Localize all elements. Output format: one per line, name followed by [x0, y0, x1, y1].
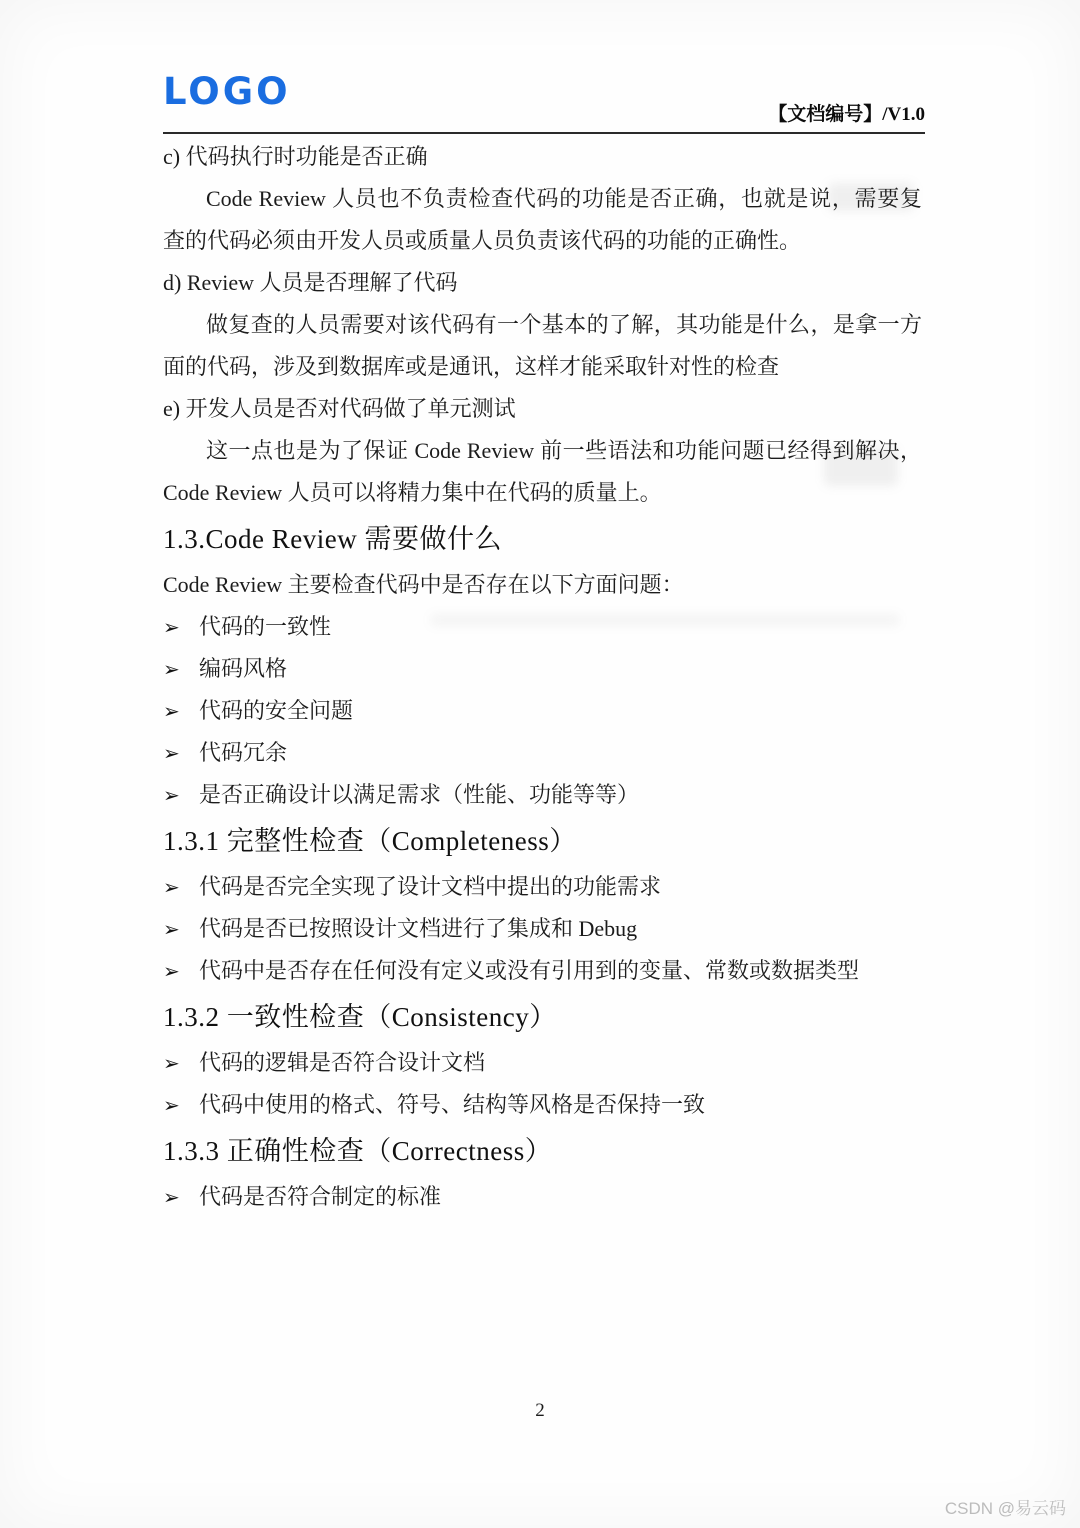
list-item: ➢ 代码中是否存在任何没有定义或没有引用到的变量、常数或数据类型: [163, 950, 922, 992]
list-item-text: 代码是否已按照设计文档进行了集成和 Debug: [199, 908, 922, 950]
list-item-text: 代码的安全问题: [199, 690, 922, 732]
paragraph: 这一点也是为了保证 Code Review 前一些语法和功能问题已经得到解决，C…: [163, 430, 922, 514]
csdn-watermark: CSDN @易云码: [945, 1494, 1066, 1519]
lettered-item-c: c) 代码执行时功能是否正确: [163, 136, 922, 178]
list-item-text: 代码的逻辑是否符合设计文档: [199, 1042, 922, 1084]
lettered-item-d: d) Review 人员是否理解了代码: [163, 262, 922, 304]
arrow-bullet-icon: ➢: [163, 648, 199, 690]
list-item-text: 代码中使用的格式、符号、结构等风格是否保持一致: [199, 1084, 922, 1126]
list-item: ➢ 代码是否已按照设计文档进行了集成和 Debug: [163, 908, 922, 950]
page-header: LOGO 【文档编号】/V1.0: [163, 70, 925, 132]
list-item-text: 代码的一致性: [199, 606, 922, 648]
paragraph: Code Review 主要检查代码中是否存在以下方面问题：: [163, 564, 922, 606]
section-heading-1-3-2: 1.3.2 一致性检查（Consistency）: [163, 992, 922, 1042]
list-item: ➢ 编码风格: [163, 648, 922, 690]
company-logo: LOGO: [163, 72, 291, 113]
header-divider: [163, 132, 925, 134]
list-item: ➢ 代码的逻辑是否符合设计文档: [163, 1042, 922, 1084]
lettered-item-e: e) 开发人员是否对代码做了单元测试: [163, 388, 922, 430]
arrow-bullet-icon: ➢: [163, 1084, 199, 1126]
arrow-bullet-icon: ➢: [163, 866, 199, 908]
arrow-bullet-icon: ➢: [163, 1176, 199, 1218]
section-heading-1-3-3: 1.3.3 正确性检查（Correctness）: [163, 1126, 922, 1176]
arrow-bullet-icon: ➢: [163, 690, 199, 732]
document-page: LOGO 【文档编号】/V1.0 c) 代码执行时功能是否正确 Code Rev…: [0, 0, 1080, 1528]
list-item-text: 代码是否完全实现了设计文档中提出的功能需求: [199, 866, 922, 908]
arrow-bullet-icon: ➢: [163, 732, 199, 774]
arrow-bullet-icon: ➢: [163, 774, 199, 816]
page-number: 2: [0, 1400, 1080, 1422]
list-item: ➢ 是否正确设计以满足需求（性能、功能等等）: [163, 774, 922, 816]
list-item: ➢ 代码冗余: [163, 732, 922, 774]
paragraph: 做复查的人员需要对该代码有一个基本的了解，其功能是什么，是拿一方面的代码，涉及到…: [163, 304, 922, 388]
list-item-text: 编码风格: [199, 648, 922, 690]
list-item: ➢ 代码的一致性: [163, 606, 922, 648]
section-heading-1-3: 1.3.Code Review 需要做什么: [163, 514, 922, 564]
list-item-text: 代码是否符合制定的标准: [199, 1176, 922, 1218]
list-item: ➢ 代码的安全问题: [163, 690, 922, 732]
document-body: c) 代码执行时功能是否正确 Code Review 人员也不负责检查代码的功能…: [163, 136, 922, 1218]
arrow-bullet-icon: ➢: [163, 1042, 199, 1084]
list-item-text: 代码中是否存在任何没有定义或没有引用到的变量、常数或数据类型: [199, 950, 922, 992]
arrow-bullet-icon: ➢: [163, 950, 199, 992]
doc-number-version: 【文档编号】/V1.0: [768, 99, 925, 126]
section-heading-1-3-1: 1.3.1 完整性检查（Completeness）: [163, 816, 922, 866]
list-item-text: 是否正确设计以满足需求（性能、功能等等）: [199, 774, 922, 816]
paragraph: Code Review 人员也不负责检查代码的功能是否正确，也就是说，需要复查的…: [163, 178, 922, 262]
list-item-text: 代码冗余: [199, 732, 922, 774]
list-item: ➢ 代码中使用的格式、符号、结构等风格是否保持一致: [163, 1084, 922, 1126]
list-item: ➢ 代码是否完全实现了设计文档中提出的功能需求: [163, 866, 922, 908]
arrow-bullet-icon: ➢: [163, 606, 199, 648]
list-item: ➢ 代码是否符合制定的标准: [163, 1176, 922, 1218]
arrow-bullet-icon: ➢: [163, 908, 199, 950]
